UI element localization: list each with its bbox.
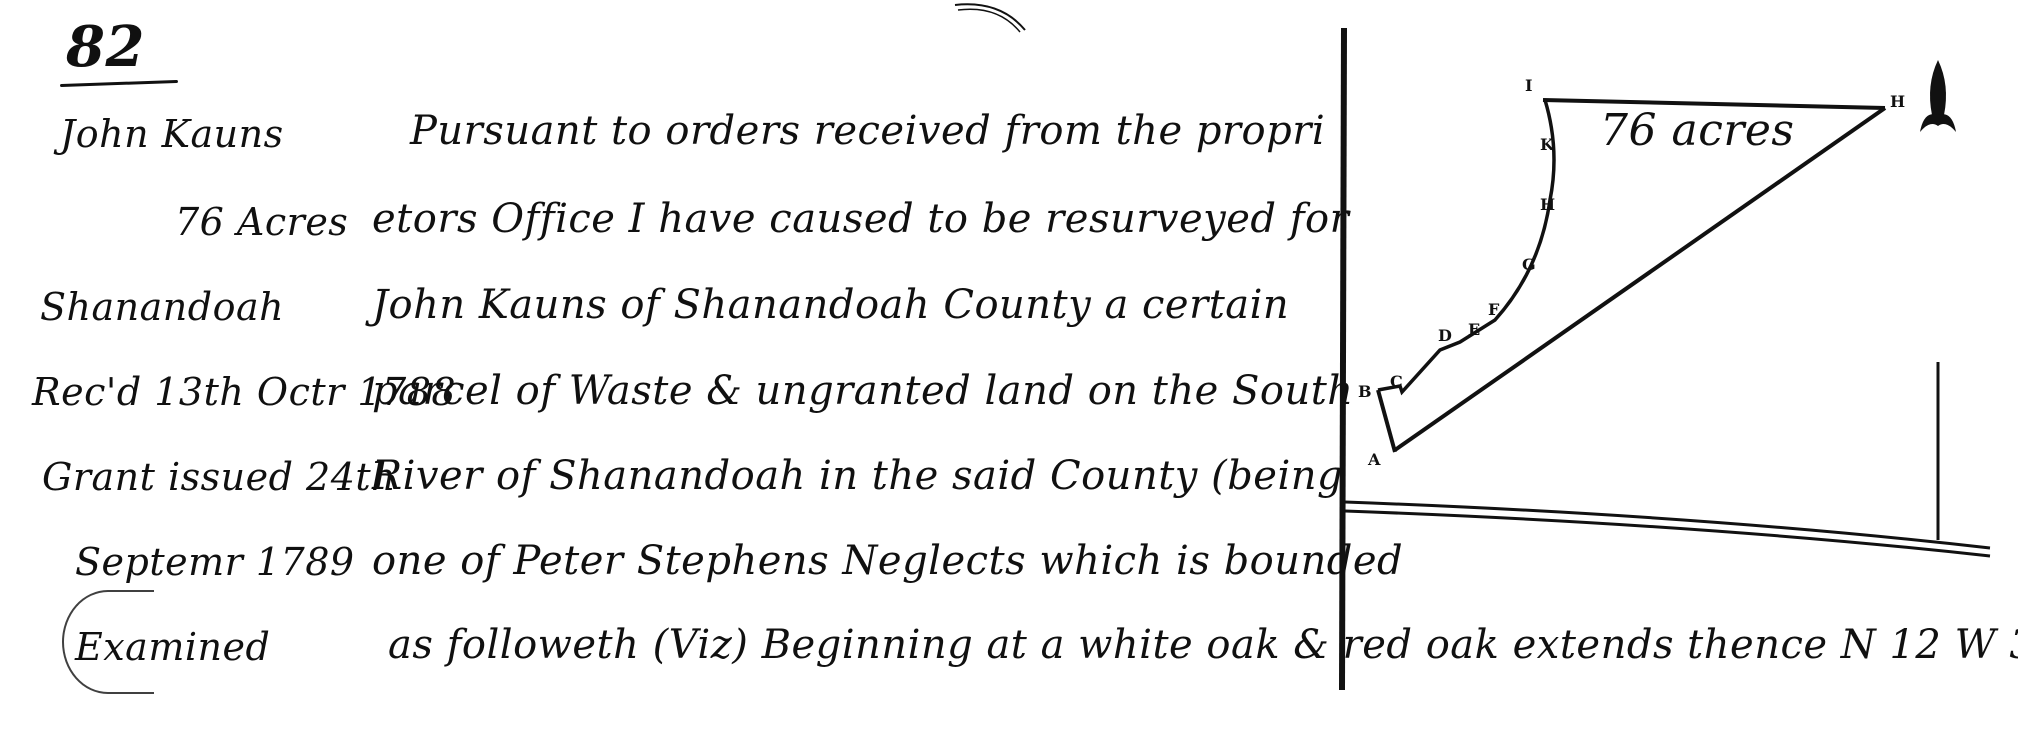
curve-B-to-I	[1378, 100, 1554, 392]
divider-rule	[1342, 28, 1344, 690]
document-page: 82 John Kauns 76 Acres Shanandoah Rec'd …	[0, 0, 2018, 749]
corner-label-E: E	[1468, 320, 1480, 339]
corner-label-C: C	[1390, 372, 1403, 391]
fleur-de-lis-north-arrow-icon	[1920, 60, 1956, 132]
plat-area-label: 76 acres	[1600, 105, 1795, 156]
corner-label-I: I	[1525, 76, 1532, 95]
corner-label-B: B	[1358, 382, 1372, 401]
corner-label-H: H	[1890, 92, 1905, 111]
corner-label-A: A	[1368, 450, 1380, 469]
corner-label-F: F	[1488, 300, 1499, 319]
corner-label-K: K	[1540, 135, 1554, 154]
corner-label-G: G	[1522, 255, 1536, 274]
corner-label-H2: H	[1540, 195, 1555, 214]
line-A-B	[1378, 390, 1395, 452]
line-H-A	[1395, 108, 1885, 450]
river-line-upper	[1345, 502, 1990, 548]
corner-label-D: D	[1438, 326, 1452, 345]
